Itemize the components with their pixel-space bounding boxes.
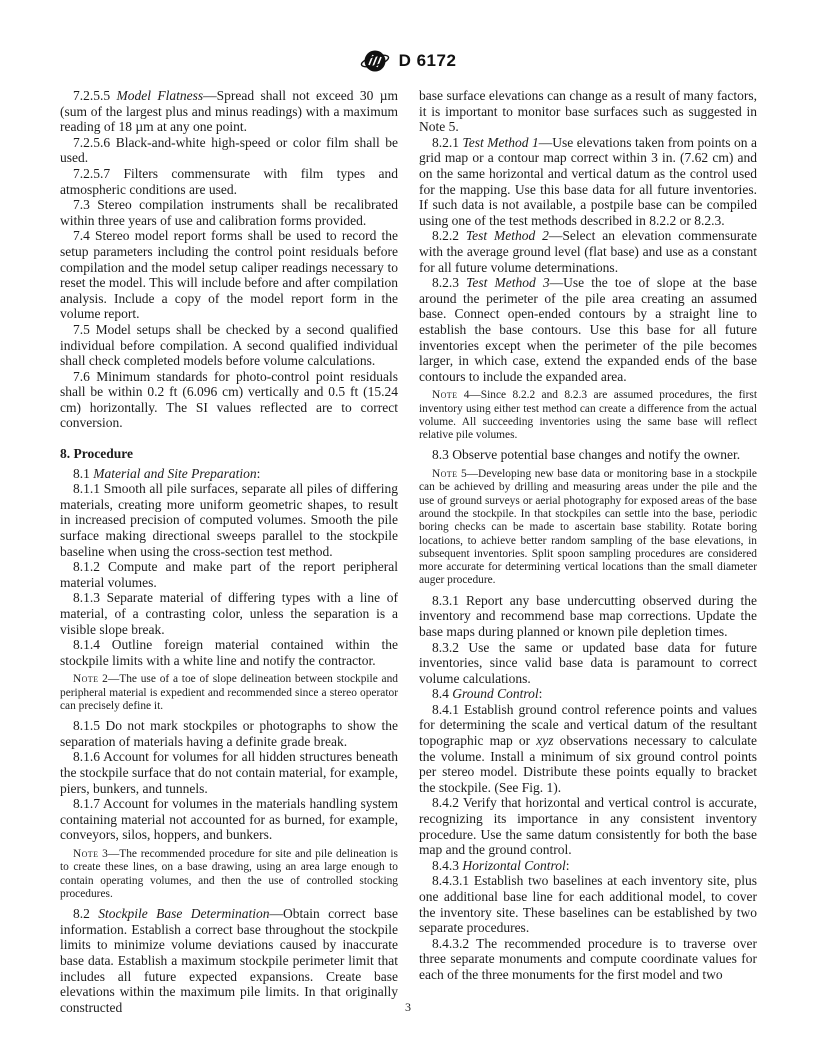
text-segment: 8.1.4 Outline foreign material contained… (60, 637, 398, 668)
body-paragraph: 7.4 Stereo model report forms shall be u… (60, 228, 398, 322)
body-paragraph: 8.2.2 Test Method 2—Select an elevation … (419, 228, 757, 275)
text-segment: 8.4.3 (432, 858, 462, 873)
two-column-body: 7.2.5.5 Model Flatness—Spread shall not … (60, 88, 757, 1015)
text-segment: 8.2.1 (432, 135, 463, 150)
text-segment: 2—The use of a toe of slope delineation … (60, 673, 398, 712)
body-paragraph: 8.4.2 Verify that horizontal and vertica… (419, 795, 757, 857)
body-paragraph: 7.3 Stereo compilation instruments shall… (60, 197, 398, 228)
text-segment: 7.2.5.6 Black-and-white high-speed or co… (60, 135, 398, 166)
text-segment: 4—Since 8.2.2 and 8.2.3 are assumed proc… (419, 389, 757, 441)
body-paragraph: 8.4.1 Establish ground control reference… (419, 702, 757, 796)
text-segment: 7.2.5.5 (73, 88, 117, 103)
text-segment: 8.3.1 Report any base undercutting obser… (419, 593, 757, 639)
text-segment: 8.1.5 Do not mark stockpiles or photogra… (60, 718, 398, 749)
body-paragraph: 8.1.3 Separate material of differing typ… (60, 590, 398, 637)
text-segment: Note (73, 848, 98, 860)
body-paragraph: 7.2.5.5 Model Flatness—Spread shall not … (60, 88, 398, 135)
document-page: D 6172 7.2.5.5 Model Flatness—Spread sha… (0, 0, 816, 1056)
body-paragraph: 8.2 Stockpile Base Determination—Obtain … (60, 906, 398, 1015)
page-number: 3 (0, 1000, 816, 1015)
body-paragraph: 8.1.7 Account for volumes in the materia… (60, 796, 398, 843)
body-paragraph: 8.1.1 Smooth all pile surfaces, separate… (60, 481, 398, 559)
body-paragraph: 8.4.3.2 The recommended procedure is to … (419, 936, 757, 983)
text-segment: 7.3 Stereo compilation instruments shall… (60, 197, 398, 228)
text-segment: 8.4.2 Verify that horizontal and vertica… (419, 795, 757, 857)
text-segment: xyz (536, 733, 553, 748)
body-paragraph: 7.2.5.7 Filters commensurate with film t… (60, 166, 398, 197)
column-right: base surface elevations can change as a … (419, 88, 757, 1015)
body-paragraph: 8.1.5 Do not mark stockpiles or photogra… (60, 718, 398, 749)
body-paragraph: 8.1.6 Account for volumes for all hidden… (60, 749, 398, 796)
text-segment: 8.1.1 Smooth all pile surfaces, separate… (60, 481, 398, 558)
note-paragraph: Note 4—Since 8.2.2 and 8.2.3 are assumed… (419, 389, 757, 442)
text-segment: 7.6 Minimum standards for photo-control … (60, 369, 398, 431)
body-paragraph: 8.3.1 Report any base undercutting obser… (419, 593, 757, 640)
text-segment: 7.2.5.7 Filters commensurate with film t… (60, 166, 398, 197)
text-segment: Material and Site Preparation (93, 466, 256, 481)
column-left: 7.2.5.5 Model Flatness—Spread shall not … (60, 88, 398, 1015)
text-segment: Test Method 3 (466, 275, 550, 290)
text-segment: 8.1.6 Account for volumes for all hidden… (60, 749, 398, 795)
body-paragraph: 8.2.3 Test Method 3—Use the toe of slope… (419, 275, 757, 384)
text-segment: 8.3.2 Use the same or updated base data … (419, 640, 757, 686)
text-segment: 8.2.2 (432, 228, 466, 243)
text-segment: —Use the toe of slope at the base around… (419, 275, 757, 384)
body-paragraph: 8.3.2 Use the same or updated base data … (419, 640, 757, 687)
body-paragraph: 8.4.3 Horizontal Control: (419, 858, 757, 874)
note-paragraph: Note 3—The recommended procedure for sit… (60, 848, 398, 901)
text-segment: Test Method 1 (463, 135, 539, 150)
text-segment: : (539, 686, 543, 701)
text-segment: 8. Procedure (60, 446, 133, 461)
body-paragraph: 7.2.5.6 Black-and-white high-speed or co… (60, 135, 398, 166)
text-segment: Note (73, 673, 98, 685)
text-segment: Ground Control (452, 686, 538, 701)
text-segment: 8.2.3 (432, 275, 466, 290)
text-segment: Horizontal Control (462, 858, 565, 873)
body-paragraph: 8.4 Ground Control: (419, 686, 757, 702)
body-paragraph: 7.5 Model setups shall be checked by a s… (60, 322, 398, 369)
text-segment: 8.1 (73, 466, 93, 481)
text-segment: Stockpile Base Determination (98, 906, 269, 921)
text-segment: —Obtain correct base information. Establ… (60, 906, 398, 1015)
text-segment: 7.4 Stereo model report forms shall be u… (60, 228, 398, 321)
text-segment: 8.1.7 Account for volumes in the materia… (60, 796, 398, 842)
doc-code: D 6172 (399, 51, 457, 71)
text-segment: 8.1.2 Compute and make part of the repor… (60, 559, 398, 590)
text-segment: 8.1.3 Separate material of differing typ… (60, 590, 398, 636)
body-paragraph: 8.1.4 Outline foreign material contained… (60, 637, 398, 668)
note-paragraph: Note 2—The use of a toe of slope delinea… (60, 673, 398, 713)
body-paragraph: 8.3 Observe potential base changes and n… (419, 447, 757, 463)
text-segment: 7.5 Model setups shall be checked by a s… (60, 322, 398, 368)
text-segment: 8.4 (432, 686, 452, 701)
body-paragraph: base surface elevations can change as a … (419, 88, 757, 135)
text-segment: 3—The recommended procedure for site and… (60, 848, 398, 900)
text-segment: 8.4.3.2 The recommended procedure is to … (419, 936, 757, 982)
document-header: D 6172 (0, 48, 816, 74)
text-segment: 8.3 Observe potential base changes and n… (432, 447, 740, 462)
text-segment: base surface elevations can change as a … (419, 88, 757, 134)
body-paragraph: 8.1.2 Compute and make part of the repor… (60, 559, 398, 590)
body-paragraph: 8.1 Material and Site Preparation: (60, 466, 398, 482)
text-segment: : (257, 466, 261, 481)
body-paragraph: 7.6 Minimum standards for photo-control … (60, 369, 398, 431)
text-segment: Note (432, 389, 457, 401)
text-segment: : (566, 858, 570, 873)
body-paragraph: 8.4.3.1 Establish two baselines at each … (419, 873, 757, 935)
body-paragraph: 8.2.1 Test Method 1—Use elevations taken… (419, 135, 757, 229)
text-segment: Note (432, 468, 457, 480)
text-segment: 5—Developing new base data or monitoring… (419, 468, 757, 586)
text-segment: Test Method 2 (466, 228, 549, 243)
text-segment: 8.4.3.1 Establish two baselines at each … (419, 873, 757, 935)
text-segment: Model Flatness (117, 88, 204, 103)
section-heading: 8. Procedure (60, 446, 398, 462)
text-segment: 8.2 (73, 906, 98, 921)
astm-logo-icon (360, 48, 390, 74)
note-paragraph: Note 5—Developing new base data or monit… (419, 468, 757, 588)
